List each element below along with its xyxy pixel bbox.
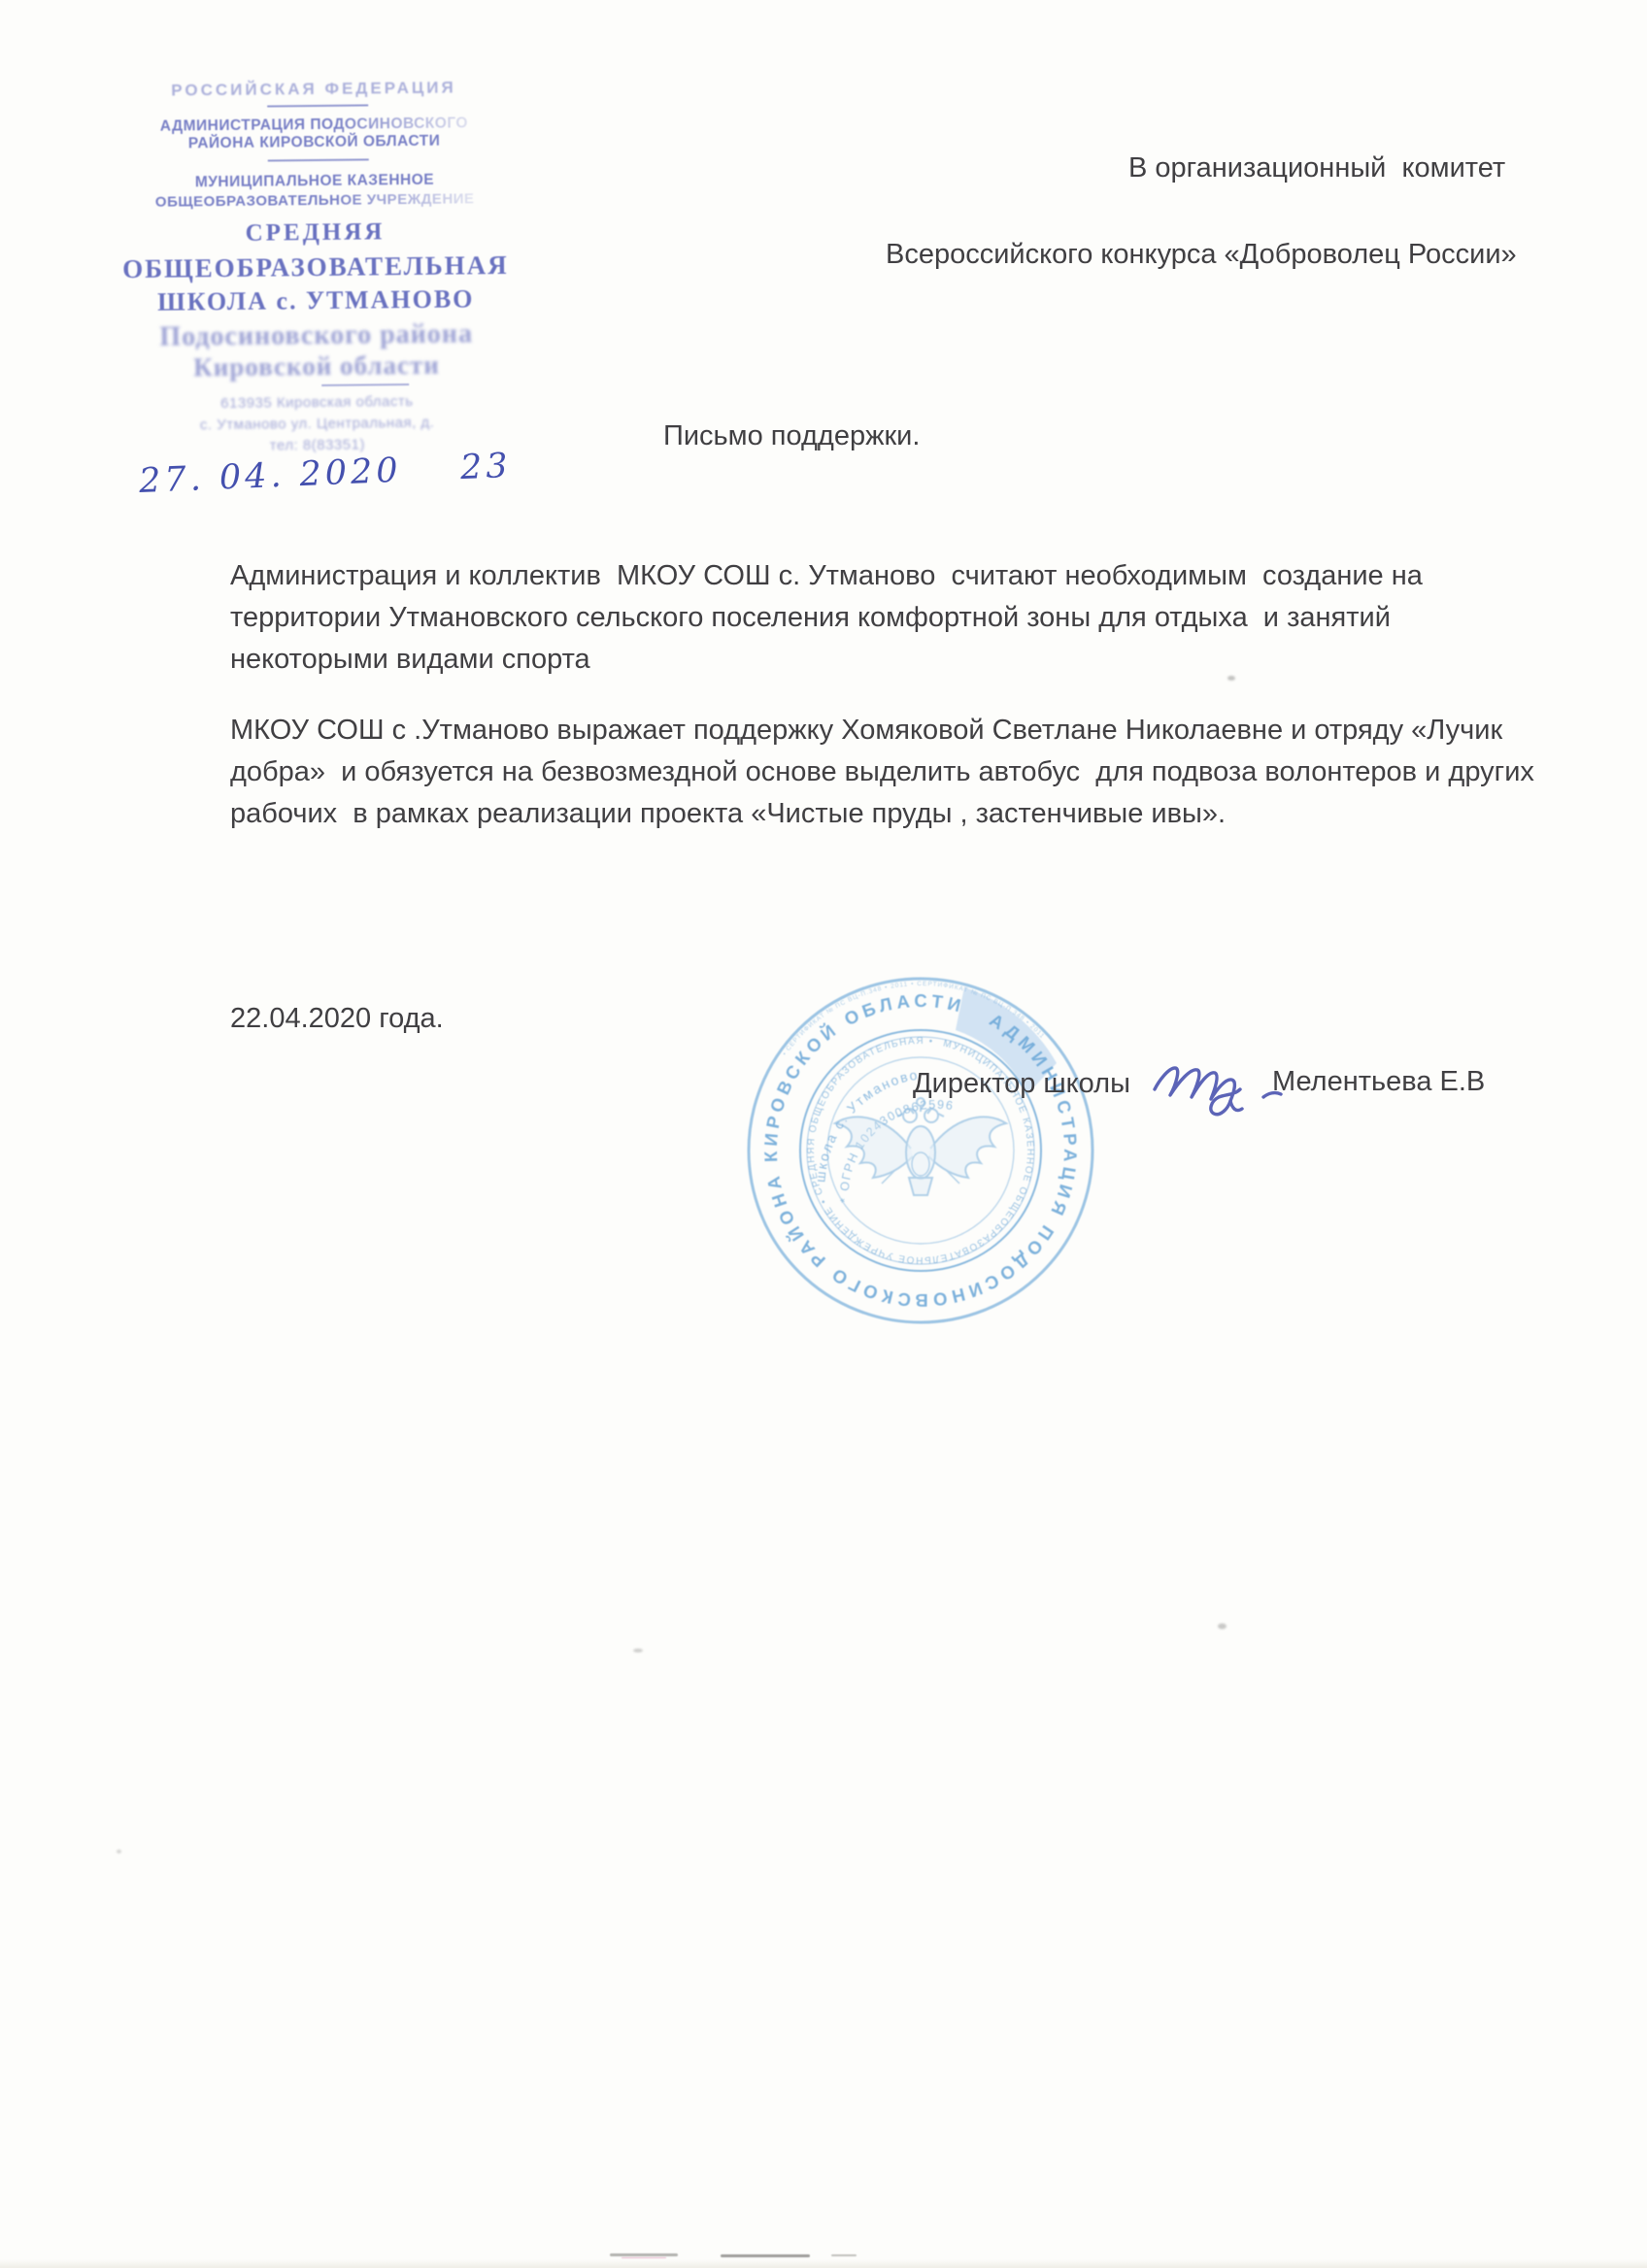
scan-speck: [633, 1649, 643, 1652]
scan-artifact-dash: [831, 2254, 857, 2256]
letterhead-divider: [268, 158, 369, 161]
scan-artifact-dash: [622, 2257, 666, 2258]
paragraph1-line: некоторыми видами спорта: [230, 644, 590, 676]
letterhead-address-line: с. Утманово ул. Центральная, д.: [128, 414, 507, 434]
scan-bottom-edge: [0, 2259, 1647, 2268]
director-signature: [1149, 1041, 1304, 1128]
letterhead-org-line: МУНИЦИПАЛЬНОЕ КАЗЕННОЕ: [125, 171, 504, 192]
scan-speck: [1218, 1623, 1227, 1629]
letterhead-school-line: СРЕДНЯЯ: [125, 217, 504, 249]
scan-artifact-dash: [610, 2253, 678, 2256]
letter-title: Письмо поддержки.: [663, 420, 920, 452]
closing-date: 22.04.2020 года.: [230, 1003, 444, 1035]
recipient-line: Всероссийского конкурса «Доброволец Росс…: [886, 239, 1517, 271]
letterhead-divider: [267, 104, 368, 107]
letterhead-federation: РОССИЙСКАЯ ФЕДЕРАЦИЯ: [124, 78, 503, 101]
signature-stroke: [1149, 1041, 1304, 1128]
letterhead-admin-line: РАЙОНА КИРОВСКОЙ ОБЛАСТИ: [124, 132, 503, 153]
paragraph1-line: Администрация и коллектив МКОУ СОШ с. Ут…: [230, 560, 1423, 592]
seal-graphic: АДМИНИСТРАЦИЯ ПОДОСИНОВСКОГО РАЙОНА КИРО…: [736, 966, 1105, 1335]
letterhead-district-line: Подосиновского района: [118, 318, 516, 353]
scan-speck: [1227, 676, 1235, 681]
letterhead-divider: [321, 384, 409, 386]
scanned-letter-page: РОССИЙСКАЯ ФЕДЕРАЦИЯ АДМИНИСТРАЦИЯ ПОДОС…: [0, 0, 1647, 2268]
official-round-seal: АДМИНИСТРАЦИЯ ПОДОСИНОВСКОГО РАЙОНА КИРО…: [736, 966, 1105, 1335]
closing-role: Директор школы: [913, 1068, 1130, 1100]
recipient-line: В организационный комитет: [1128, 152, 1505, 184]
scan-artifact-dash: [721, 2254, 810, 2257]
letterhead-district-line: Кировской области: [127, 350, 506, 384]
paragraph1-line: территории Утмановского сельского поселе…: [230, 602, 1391, 634]
letterhead-org-line: ОБЩЕОБРАЗОВАТЕЛЬНОЕ УЧРЕЖДЕНИЕ: [125, 190, 504, 211]
letterhead-school-line: ШКОЛА с. УТМАНОВО: [126, 284, 505, 317]
paragraph2-line: добра» и обязуется на безвозмездной осно…: [230, 756, 1534, 788]
letterhead-school-line: ОБЩЕОБРАЗОВАТЕЛЬНАЯ: [113, 250, 519, 284]
scan-speck: [117, 1850, 121, 1853]
paragraph2-line: рабочих в рамках реализации проекта «Чис…: [230, 798, 1226, 830]
letterhead-address-line: 613935 Кировская область: [127, 392, 506, 413]
letterhead-stamp: РОССИЙСКАЯ ФЕДЕРАЦИЯ АДМИНИСТРАЦИЯ ПОДОС…: [124, 74, 507, 476]
paragraph2-line: МКОУ СОШ с .Утманово выражает поддержку …: [230, 715, 1502, 747]
